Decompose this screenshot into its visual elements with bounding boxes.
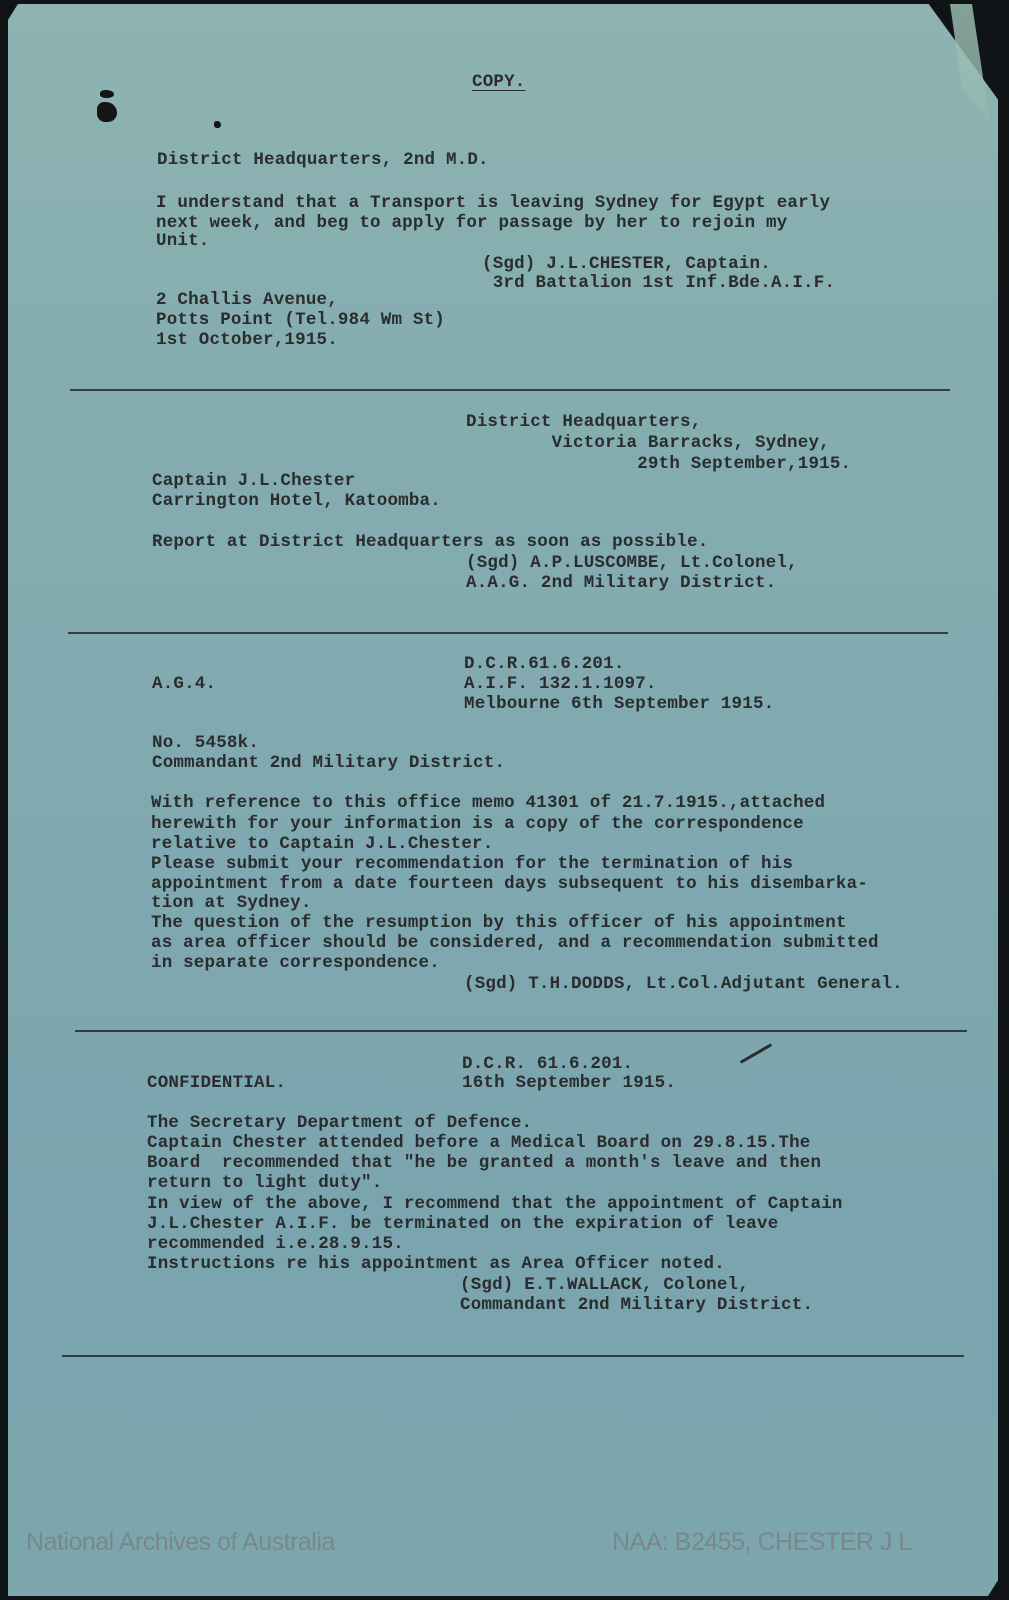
section3-body-line: relative to Captain J.L.Chester. [151, 834, 493, 854]
section1-address-line: 2 Challis Avenue, [156, 290, 338, 310]
section3-signature: (Sgd) T.H.DODDS, Lt.Col.Adjutant General… [464, 974, 903, 994]
section4-body-line: recommended i.e.28.9.15. [147, 1234, 404, 1254]
section3-body-line: appointment from a date fourteen days su… [151, 874, 868, 894]
section2-header-line: Victoria Barracks, Sydney, [466, 433, 830, 453]
section2-addressee: Captain J.L.Chester [152, 471, 355, 491]
section4-date: 16th September 1915. [462, 1073, 676, 1093]
section3-body-line: With reference to this office memo 41301… [151, 793, 825, 813]
section2-body: Report at District Headquarters as soon … [152, 532, 709, 552]
archive-watermark: National Archives of Australia [26, 1528, 335, 1557]
copy-heading: COPY. [472, 72, 526, 92]
reference-watermark: NAA: B2455, CHESTER J L [612, 1528, 912, 1557]
section1-body-line: next week, and beg to apply for passage … [156, 213, 787, 233]
section3-number: No. 5458k. [152, 733, 259, 753]
section1-body-line: Unit. [156, 231, 210, 251]
section2-signature-title: A.A.G. 2nd Military District. [466, 573, 776, 593]
section2-signature: (Sgd) A.P.LUSCOMBE, Lt.Colonel, [466, 553, 798, 573]
section3-ref: A.I.F. 132.1.1097. [464, 674, 657, 694]
section1-address-line: Potts Point (Tel.984 Wm St) [156, 310, 445, 330]
punch-hole [97, 102, 117, 122]
section2-date: 29th September,1915. [466, 454, 851, 474]
section1-date: 1st October,1915. [156, 330, 338, 350]
section4-signature: (Sgd) E.T.WALLACK, Colonel, [460, 1275, 749, 1295]
punch-hole [214, 121, 221, 128]
section4-addressee: The Secretary Department of Defence. [147, 1113, 532, 1133]
divider [62, 1355, 964, 1357]
section3-date: Melbourne 6th September 1915. [464, 694, 774, 714]
section1-addressee: District Headquarters, 2nd M.D. [157, 150, 489, 170]
divider [75, 1030, 967, 1032]
section3-body-line: herewith for your information is a copy … [151, 814, 804, 834]
section4-body-line: Board recommended that "he be granted a … [147, 1153, 821, 1173]
section1-signature-unit: 3rd Battalion 1st Inf.Bde.A.I.F. [482, 273, 835, 293]
section3-body-line: in separate correspondence. [151, 953, 440, 973]
section3-body-line: The question of the resumption by this o… [151, 913, 847, 933]
section1-body-line: I understand that a Transport is leaving… [156, 193, 830, 213]
section3-body-line: tion at Sydney. [151, 893, 312, 913]
section3-ref: D.C.R.61.6.201. [464, 654, 625, 674]
section2-addressee-address: Carrington Hotel, Katoomba. [152, 491, 441, 511]
section4-body-line: In view of the above, I recommend that t… [147, 1194, 843, 1214]
section4-left-ref: CONFIDENTIAL. [147, 1073, 286, 1093]
divider [68, 632, 948, 634]
section4-signature-title: Commandant 2nd Military District. [460, 1295, 813, 1315]
section4-body-line: Captain Chester attended before a Medica… [147, 1133, 811, 1153]
section4-ref: D.C.R. 61.6.201. [462, 1054, 633, 1074]
section2-header-line: District Headquarters, [466, 412, 701, 432]
section4-body-line: J.L.Chester A.I.F. be terminated on the … [147, 1214, 778, 1234]
section4-body-line: Instructions re his appointment as Area … [147, 1254, 725, 1274]
section4-body-line: return to light duty". [147, 1173, 382, 1193]
punch-hole [100, 90, 114, 98]
section3-left-ref: A.G.4. [152, 674, 216, 694]
section1-signature: (Sgd) J.L.CHESTER, Captain. [482, 254, 771, 274]
section3-body-line: as area officer should be considered, an… [151, 933, 879, 953]
section3-addressee: Commandant 2nd Military District. [152, 753, 505, 773]
section3-body-line: Please submit your recommendation for th… [151, 854, 793, 874]
divider [70, 389, 950, 391]
